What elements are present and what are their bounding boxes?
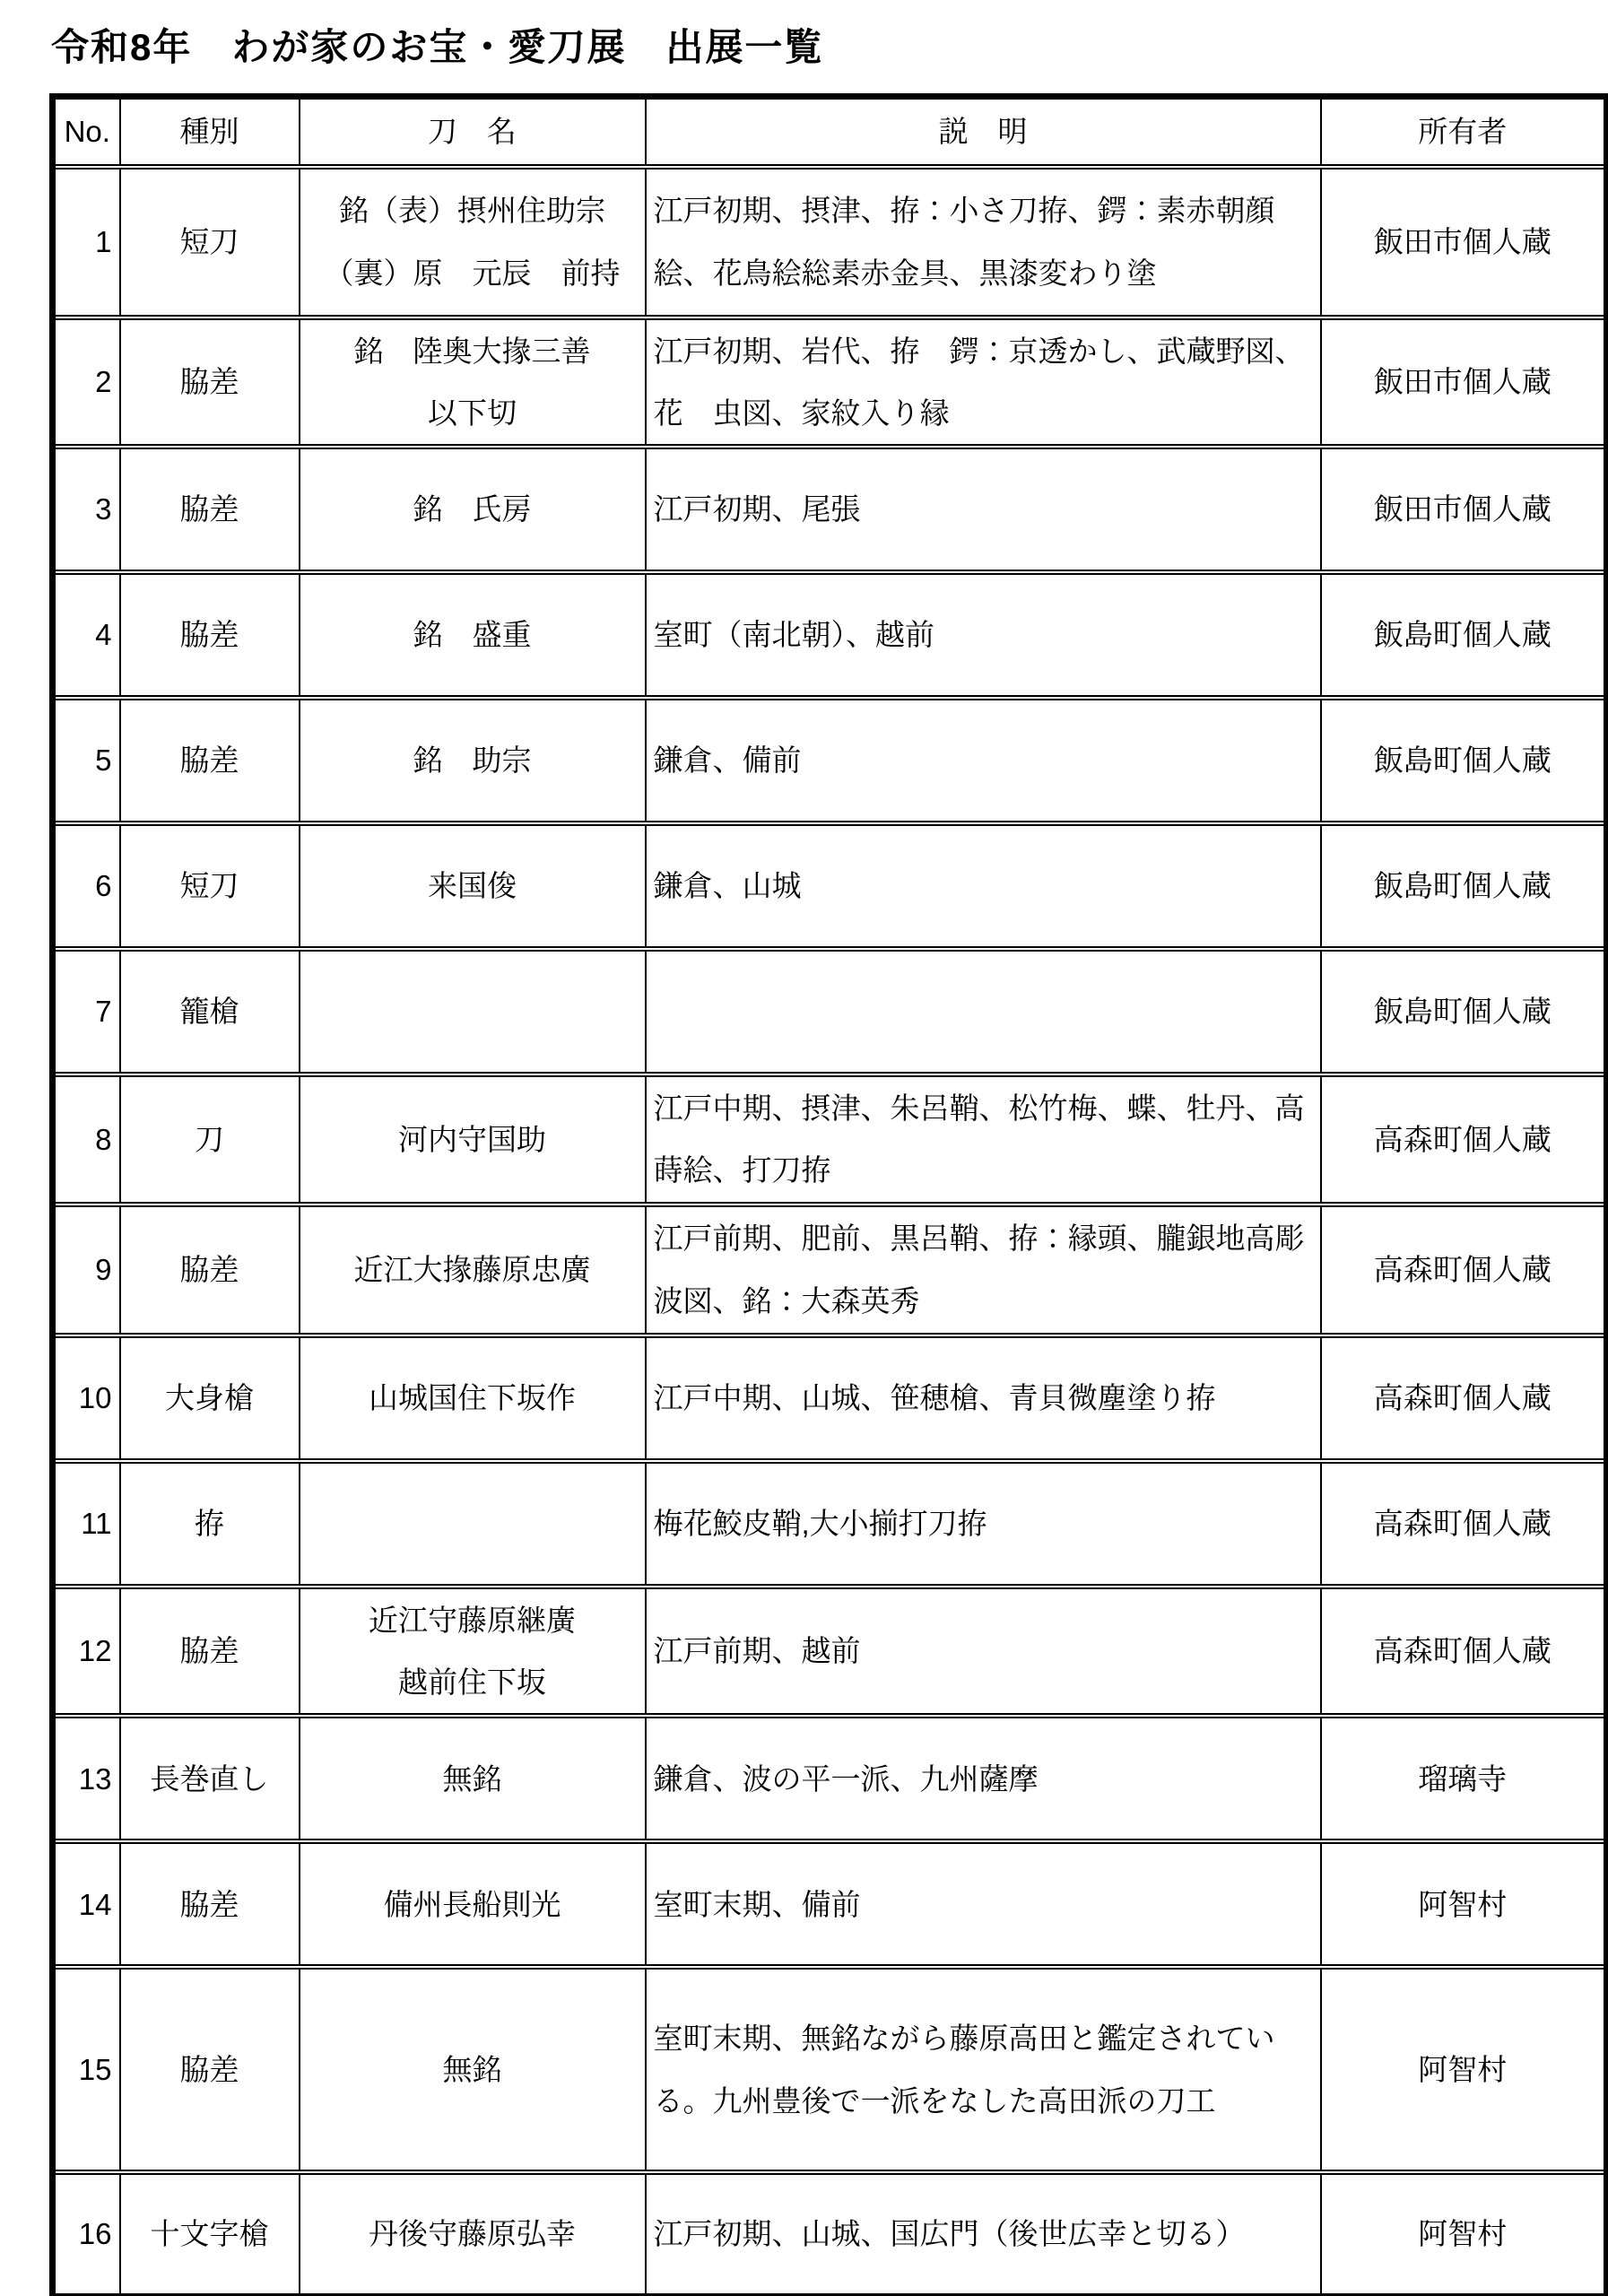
header-sword-name: 刀 名: [300, 97, 646, 167]
row-type: 脇差: [120, 1587, 300, 1717]
row-owner: 阿智村: [1321, 1967, 1607, 2172]
row-owner: 高森町個人蔵: [1321, 1335, 1607, 1461]
row-description: 江戸初期、岩代、拵 鍔：京透かし、武蔵野図、花 虫図、家紋入り縁: [646, 317, 1321, 448]
row-description: 梅花鮫皮鞘,大小揃打刀拵: [646, 1461, 1321, 1587]
row-type: 脇差: [120, 698, 300, 823]
header-type: 種別: [120, 97, 300, 167]
table-row: 8刀河内守国助江戸中期、摂津、朱呂鞘、松竹梅、蝶、牡丹、高蒔絵、打刀拵高森町個人…: [53, 1074, 1607, 1205]
row-type: 脇差: [120, 1841, 300, 1967]
table-row: 15脇差無銘室町末期、無銘ながら藤原高田と鑑定されている。九州豊後で一派をなした…: [53, 1967, 1607, 2172]
row-description: 室町末期、無銘ながら藤原高田と鑑定されている。九州豊後で一派をなした高田派の刀工: [646, 1967, 1321, 2172]
row-owner: 高森町個人蔵: [1321, 1461, 1607, 1587]
row-no: 7: [53, 949, 120, 1074]
row-sword-name: 無銘: [300, 1967, 646, 2172]
row-sword-name: 銘 陸奥大掾三善 以下切: [300, 317, 646, 448]
row-sword-name: 河内守国助: [300, 1074, 646, 1205]
row-type: 脇差: [120, 317, 300, 448]
table-row: 10大身槍山城国住下坂作江戸中期、山城、笹穂槍、青貝微塵塗り拵高森町個人蔵: [53, 1335, 1607, 1461]
document-page: 令和8年 わが家のお宝・愛刀展 出展一覧 No. 種別 刀 名 説 明 所有者 …: [0, 0, 1608, 2296]
table-row: 4脇差銘 盛重室町（南北朝）、越前飯島町個人蔵: [53, 572, 1607, 698]
row-description: 江戸初期、摂津、拵：小さ刀拵、鍔：素赤朝顔絵、花鳥絵総素赤金具、黒漆変わり塗: [646, 167, 1321, 317]
row-no: 15: [53, 1967, 120, 2172]
row-no: 16: [53, 2172, 120, 2296]
table-row: 7籠槍飯島町個人蔵: [53, 949, 1607, 1074]
row-owner: 阿智村: [1321, 1841, 1607, 1967]
table-row: 9脇差近江大掾藤原忠廣江戸前期、肥前、黒呂鞘、拵：縁頭、朧銀地高彫波図、銘：大森…: [53, 1205, 1607, 1335]
row-description: 江戸中期、摂津、朱呂鞘、松竹梅、蝶、牡丹、高蒔絵、打刀拵: [646, 1074, 1321, 1205]
row-sword-name: 銘 氏房: [300, 447, 646, 572]
table-row: 3脇差銘 氏房江戸初期、尾張飯田市個人蔵: [53, 447, 1607, 572]
table-row: 12脇差近江守藤原継廣 越前住下坂江戸前期、越前高森町個人蔵: [53, 1587, 1607, 1717]
row-owner: 飯島町個人蔵: [1321, 949, 1607, 1074]
page-title: 令和8年 わが家のお宝・愛刀展 出展一覧: [51, 18, 1608, 72]
row-sword-name: 丹後守藤原弘幸: [300, 2172, 646, 2296]
row-type: 長巻直し: [120, 1716, 300, 1841]
row-description: 江戸前期、肥前、黒呂鞘、拵：縁頭、朧銀地高彫波図、銘：大森英秀: [646, 1205, 1321, 1335]
row-no: 9: [53, 1205, 120, 1335]
row-no: 1: [53, 167, 120, 317]
row-owner: 飯島町個人蔵: [1321, 823, 1607, 949]
row-no: 3: [53, 447, 120, 572]
row-description: 鎌倉、波の平一派、九州薩摩: [646, 1716, 1321, 1841]
exhibit-table-body: 1短刀銘（表）摂州住助宗 （裏）原 元辰 前持江戸初期、摂津、拵：小さ刀拵、鍔：…: [53, 167, 1607, 2296]
table-row: 13長巻直し無銘鎌倉、波の平一派、九州薩摩瑠璃寺: [53, 1716, 1607, 1841]
row-owner: 飯島町個人蔵: [1321, 698, 1607, 823]
row-type: 刀: [120, 1074, 300, 1205]
row-type: 拵: [120, 1461, 300, 1587]
row-description: 鎌倉、山城: [646, 823, 1321, 949]
row-owner: 飯島町個人蔵: [1321, 572, 1607, 698]
table-row: 11拵梅花鮫皮鞘,大小揃打刀拵高森町個人蔵: [53, 1461, 1607, 1587]
row-sword-name: [300, 1461, 646, 1587]
row-sword-name: 銘 助宗: [300, 698, 646, 823]
row-description: 室町（南北朝）、越前: [646, 572, 1321, 698]
row-no: 8: [53, 1074, 120, 1205]
exhibit-table: No. 種別 刀 名 説 明 所有者 1短刀銘（表）摂州住助宗 （裏）原 元辰 …: [49, 93, 1608, 2296]
row-description: 江戸前期、越前: [646, 1587, 1321, 1717]
row-description: 江戸中期、山城、笹穂槍、青貝微塵塗り拵: [646, 1335, 1321, 1461]
row-type: 大身槍: [120, 1335, 300, 1461]
row-type: 脇差: [120, 1205, 300, 1335]
row-owner: 瑠璃寺: [1321, 1716, 1607, 1841]
table-row: 2脇差銘 陸奥大掾三善 以下切江戸初期、岩代、拵 鍔：京透かし、武蔵野図、花 虫…: [53, 317, 1607, 448]
row-owner: 飯田市個人蔵: [1321, 447, 1607, 572]
row-type: 脇差: [120, 1967, 300, 2172]
row-sword-name: 銘（表）摂州住助宗 （裏）原 元辰 前持: [300, 167, 646, 317]
table-row: 14脇差備州長船則光室町末期、備前阿智村: [53, 1841, 1607, 1967]
row-owner: 阿智村: [1321, 2172, 1607, 2296]
exhibit-table-header: No. 種別 刀 名 説 明 所有者: [53, 97, 1607, 167]
row-owner: 飯田市個人蔵: [1321, 317, 1607, 448]
row-owner: 飯田市個人蔵: [1321, 167, 1607, 317]
table-row: 5脇差銘 助宗鎌倉、備前飯島町個人蔵: [53, 698, 1607, 823]
row-sword-name: 来国俊: [300, 823, 646, 949]
row-no: 11: [53, 1461, 120, 1587]
row-type: 短刀: [120, 823, 300, 949]
row-owner: 高森町個人蔵: [1321, 1587, 1607, 1717]
row-type: 脇差: [120, 572, 300, 698]
row-description: 江戸初期、山城、国広門（後世広幸と切る）: [646, 2172, 1321, 2296]
row-owner: 高森町個人蔵: [1321, 1205, 1607, 1335]
row-sword-name: 無銘: [300, 1716, 646, 1841]
row-sword-name: 銘 盛重: [300, 572, 646, 698]
row-owner: 高森町個人蔵: [1321, 1074, 1607, 1205]
row-sword-name: 近江大掾藤原忠廣: [300, 1205, 646, 1335]
row-no: 10: [53, 1335, 120, 1461]
row-description: 江戸初期、尾張: [646, 447, 1321, 572]
row-no: 2: [53, 317, 120, 448]
row-no: 5: [53, 698, 120, 823]
header-owner: 所有者: [1321, 97, 1607, 167]
row-sword-name: 備州長船則光: [300, 1841, 646, 1967]
row-sword-name: [300, 949, 646, 1074]
row-no: 4: [53, 572, 120, 698]
header-description: 説 明: [646, 97, 1321, 167]
row-no: 12: [53, 1587, 120, 1717]
header-row: No. 種別 刀 名 説 明 所有者: [53, 97, 1607, 167]
header-no: No.: [53, 97, 120, 167]
table-row: 16十文字槍丹後守藤原弘幸江戸初期、山城、国広門（後世広幸と切る）阿智村: [53, 2172, 1607, 2296]
row-no: 14: [53, 1841, 120, 1967]
row-sword-name: 山城国住下坂作: [300, 1335, 646, 1461]
row-type: 籠槍: [120, 949, 300, 1074]
row-description: 室町末期、備前: [646, 1841, 1321, 1967]
row-sword-name: 近江守藤原継廣 越前住下坂: [300, 1587, 646, 1717]
row-type: 十文字槍: [120, 2172, 300, 2296]
row-type: 短刀: [120, 167, 300, 317]
row-no: 6: [53, 823, 120, 949]
table-row: 1短刀銘（表）摂州住助宗 （裏）原 元辰 前持江戸初期、摂津、拵：小さ刀拵、鍔：…: [53, 167, 1607, 317]
table-row: 6短刀来国俊鎌倉、山城飯島町個人蔵: [53, 823, 1607, 949]
row-type: 脇差: [120, 447, 300, 572]
row-no: 13: [53, 1716, 120, 1841]
row-description: 鎌倉、備前: [646, 698, 1321, 823]
row-description: [646, 949, 1321, 1074]
